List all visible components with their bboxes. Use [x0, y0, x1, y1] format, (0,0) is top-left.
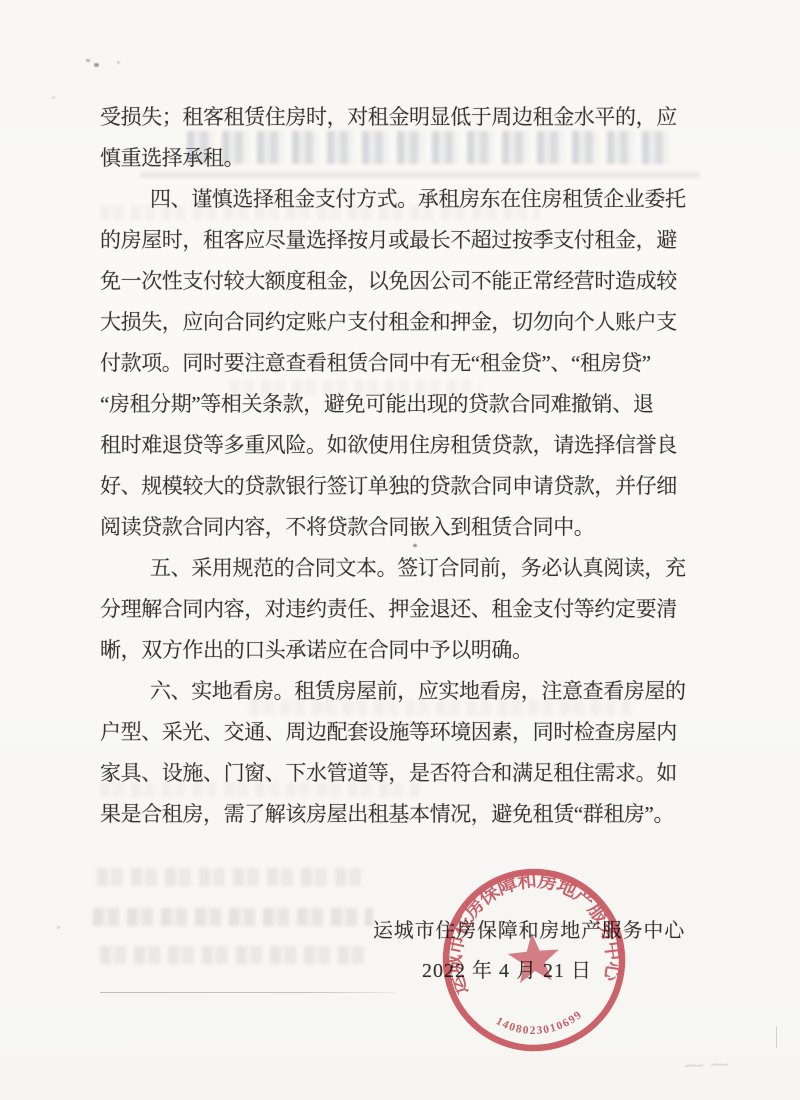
- text-line: 租时难退贷等多重风险。如欲使用住房租赁贷款，请选择信誉良: [100, 425, 680, 466]
- text-line: 四、谨慎选择租金支付方式。承租房东在住房租赁企业委托: [100, 179, 680, 220]
- scan-speck: [57, 926, 60, 929]
- text-line: 好、规模较大的贷款银行签订单独的贷款合同申请贷款，并仔细: [100, 466, 680, 507]
- text-line: 果是合租房，需了解该房屋出租基本情况，避免租赁“群租房”。: [100, 794, 680, 835]
- text-line: 付款项。同时要注意查看租赁合同中有无“租金贷”、“租房贷”: [100, 343, 680, 384]
- scan-speck: [52, 96, 55, 99]
- bleedthrough-smudge: [93, 908, 373, 926]
- text-line: 受损失；租客租赁住房时，对租金明显低于周边租金水平的，应: [100, 97, 680, 138]
- seal-star-icon: [506, 931, 561, 984]
- scan-speck: [94, 63, 99, 67]
- pencil-mark: [683, 1058, 731, 1072]
- page: 受损失；租客租赁住房时，对租金明显低于周边租金水平的，应慎重选择承租。四、谨慎选…: [0, 0, 800, 1100]
- bleedthrough-smudge: [100, 946, 365, 964]
- text-line: 免一次性支付较大额度租金，以免因公司不能正常经营时造成较: [100, 261, 680, 302]
- text-line: 五、采用规范的合同文本。签订合同前，务必认真阅读，充: [100, 548, 680, 589]
- text-line: 户型、采光、交通、周边配套设施等环境因素，同时检查房屋内: [100, 712, 680, 753]
- official-seal: 运城市住房保障和房地产服务中心 1408023010699: [434, 860, 634, 1060]
- seal-arc-text: 运城市住房保障和房地产服务中心: [436, 862, 627, 1000]
- text-line: 家具、设施、门窗、下水管道等，是否符合和满足租住需求。如: [100, 753, 680, 794]
- text-line: 分理解合同内容，对违约责任、押金退还、租金支付等约定要清: [100, 589, 680, 630]
- bleedthrough-smudge: [97, 868, 362, 886]
- text-line: “房租分期”等相关条款，避免可能出现的贷款合同难撤销、退: [100, 384, 680, 425]
- text-line: 阅读贷款合同内容，不将贷款合同嵌入到租赁合同中。: [100, 507, 680, 548]
- scan-hairline: [776, 1026, 777, 1048]
- text-line: 慎重选择承租。: [100, 138, 680, 179]
- scan-speck: [117, 61, 120, 64]
- bleedthrough-line: [100, 992, 395, 993]
- scan-speck: [86, 59, 90, 62]
- text-line: 大损失，应向合同约定账户支付租金和押金，切勿向个人账户支: [100, 302, 680, 343]
- document-body: 受损失；租客租赁住房时，对租金明显低于周边租金水平的，应慎重选择承租。四、谨慎选…: [100, 97, 680, 835]
- text-line: 六、实地看房。租赁房屋前，应实地看房，注意查看房屋的: [100, 671, 680, 712]
- text-line: 的房屋时，租客应尽量选择按月或最长不超过按季支付租金，避: [100, 220, 680, 261]
- text-line: 晰，双方作出的口头承诺应在合同中予以明确。: [100, 630, 680, 671]
